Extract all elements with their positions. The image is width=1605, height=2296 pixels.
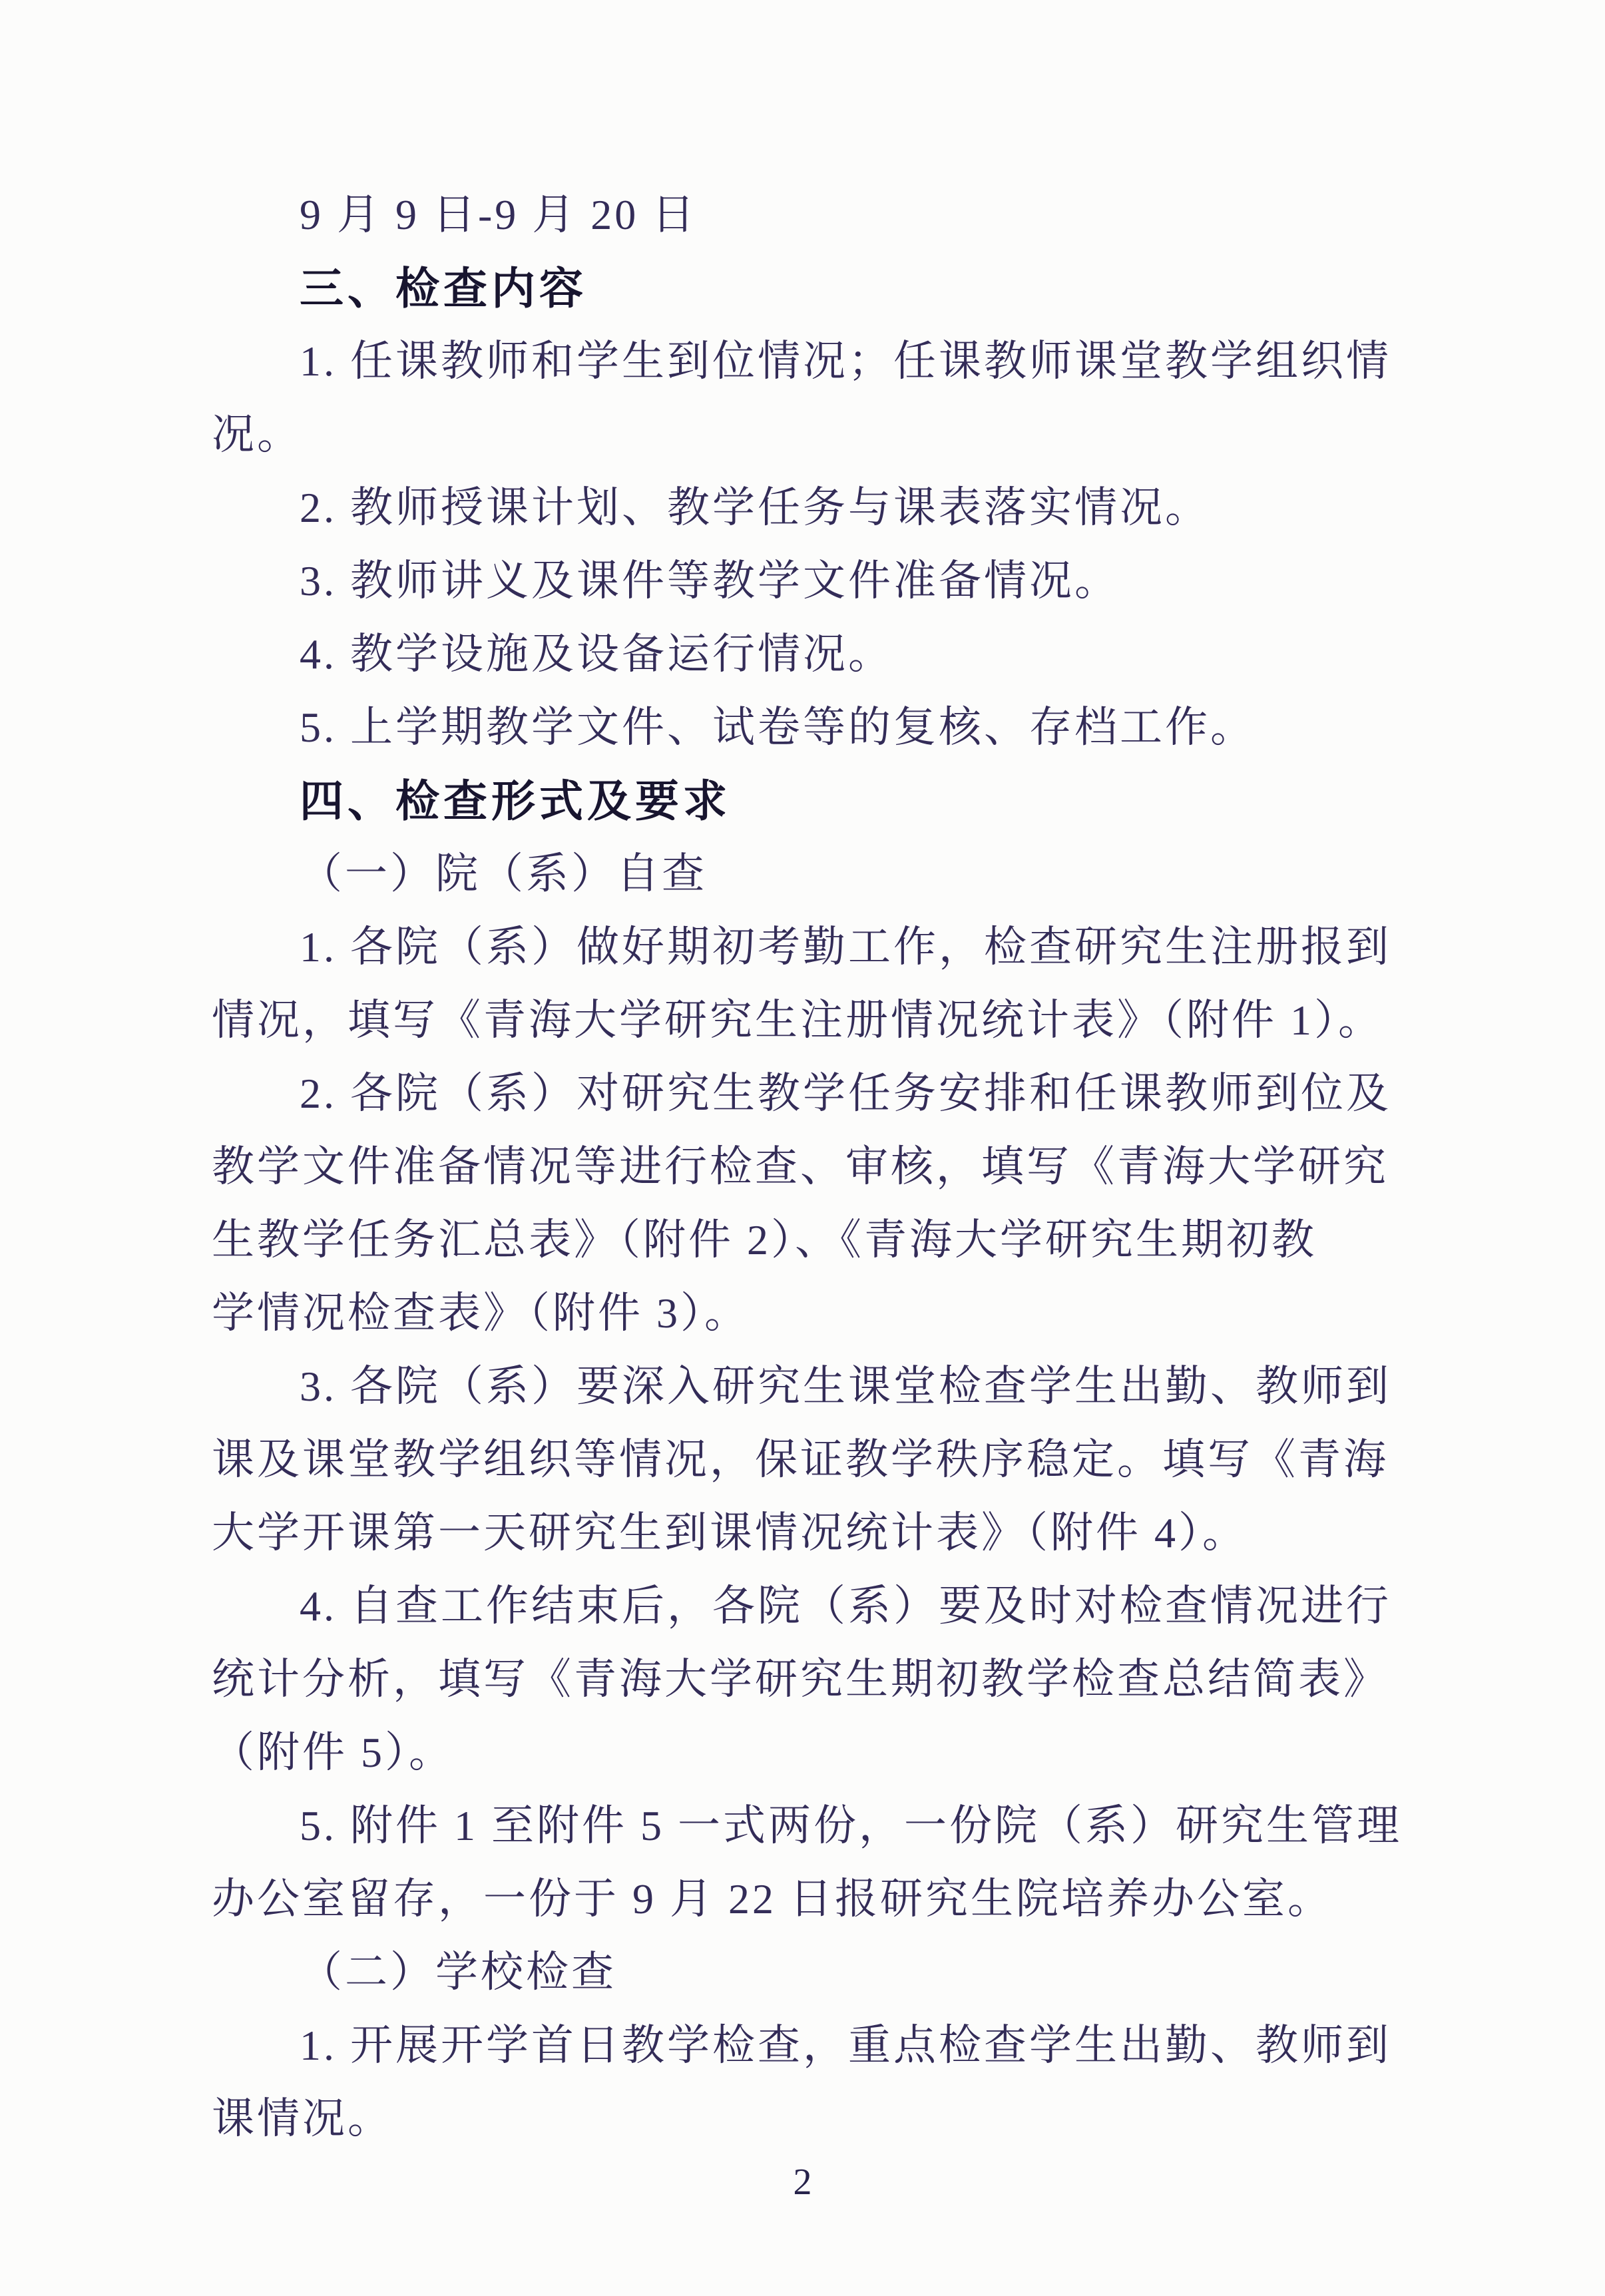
text-line: 9 月 9 日-9 月 20 日 [212, 178, 1410, 252]
text-block: 9 月 9 日-9 月 20 日三、检查内容1. 任课教师和学生到位情况；任课教… [212, 178, 1410, 2156]
text-line: 2. 教师授课计划、教学任务与课表落实情况。 [212, 471, 1410, 545]
text-line: 5. 附件 1 至附件 5 一式两份，一份院（系）研究生管理 [212, 1789, 1410, 1863]
text-line: 4. 自查工作结束后，各院（系）要及时对检查情况进行 [212, 1570, 1410, 1643]
text-line: 3. 各院（系）要深入研究生课堂检查学生出勤、教师到 [212, 1350, 1410, 1423]
text-line: 况。 [212, 398, 1410, 471]
text-line: 课及课堂教学组织等情况，保证教学秩序稳定。填写《青海 [212, 1423, 1410, 1496]
text-line: 1. 各院（系）做好期初考勤工作，检查研究生注册报到 [212, 911, 1410, 984]
text-line: 2. 各院（系）对研究生教学任务安排和任课教师到位及 [212, 1057, 1410, 1130]
text-line: 教学文件准备情况等进行检查、审核，填写《青海大学研究 [212, 1130, 1410, 1204]
text-line: 大学开课第一天研究生到课情况统计表》（附件 4）。 [212, 1496, 1410, 1570]
text-line: （附件 5）。 [212, 1716, 1410, 1789]
text-line: 生教学任务汇总表》（附件 2）、《青海大学研究生期初教 [212, 1204, 1410, 1277]
text-line: 课情况。 [212, 2082, 1410, 2156]
text-line: （二）学校检查 [212, 1936, 1410, 2009]
text-line: 办公室留存，一份于 9 月 22 日报研究生院培养办公室。 [212, 1863, 1410, 1936]
section-heading-line: 三、检查内容 [212, 252, 1410, 325]
text-line: 3. 教师讲义及课件等教学文件准备情况。 [212, 545, 1410, 618]
text-line: 5. 上学期教学文件、试卷等的复核、存档工作。 [212, 691, 1410, 764]
text-line: 4. 教学设施及设备运行情况。 [212, 618, 1410, 691]
section-heading-line: 四、检查形式及要求 [212, 764, 1410, 837]
text-line: 学情况检查表》（附件 3）。 [212, 1277, 1410, 1350]
page-number: 2 [0, 2156, 1605, 2209]
text-line: 1. 开展开学首日教学检查，重点检查学生出勤、教师到 [212, 2009, 1410, 2082]
text-line: 统计分析，填写《青海大学研究生期初教学检查总结简表》 [212, 1643, 1410, 1716]
text-line: 1. 任课教师和学生到位情况；任课教师课堂教学组织情 [212, 325, 1410, 398]
text-line: 情况，填写《青海大学研究生注册情况统计表》（附件 1）。 [212, 984, 1410, 1057]
document-page: 9 月 9 日-9 月 20 日三、检查内容1. 任课教师和学生到位情况；任课教… [0, 0, 1605, 2296]
text-line: （一）院（系）自查 [212, 837, 1410, 911]
